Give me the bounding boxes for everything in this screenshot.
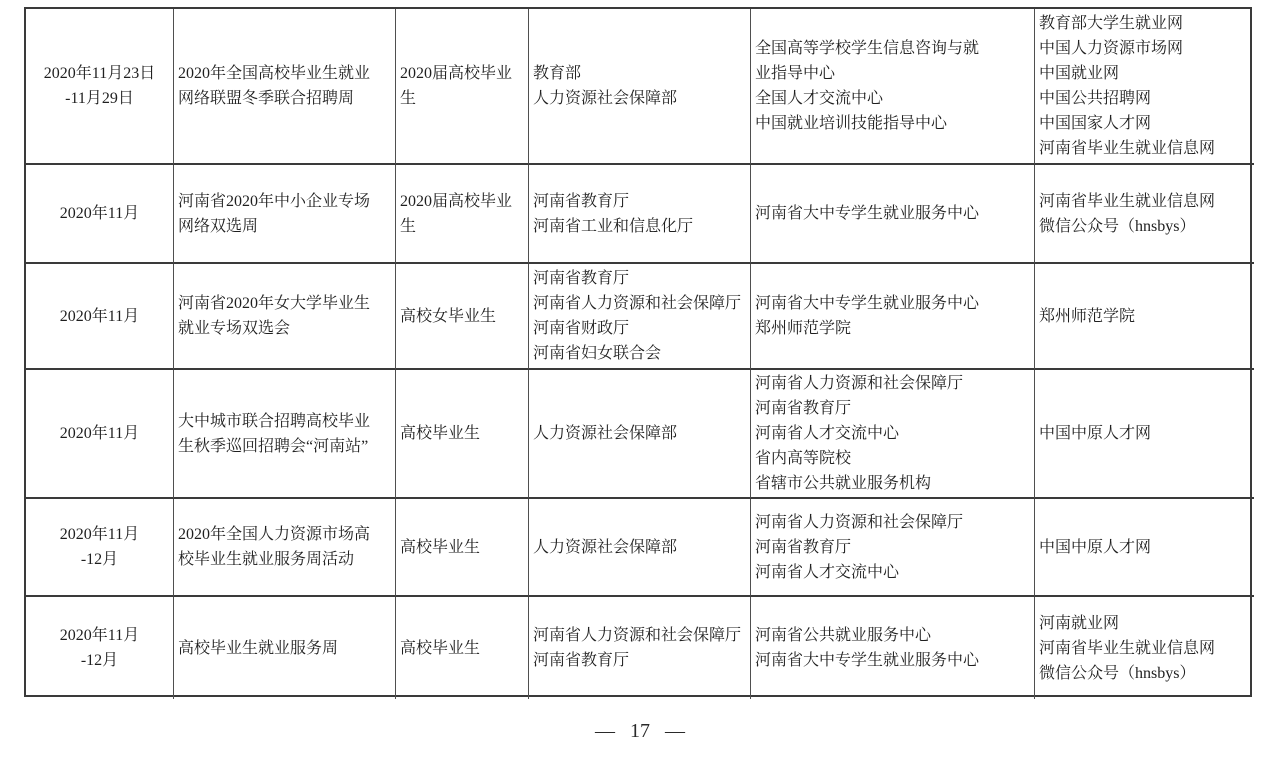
cell-participants: 高校毕业生 bbox=[396, 370, 529, 499]
cell-organizers: 人力资源社会保障部 bbox=[529, 499, 751, 597]
cell-undertakers: 河南省大中专学生就业服务中心 bbox=[751, 165, 1035, 264]
cell-activity: 大中城市联合招聘高校毕业 生秋季巡回招聘会“河南站” bbox=[174, 370, 396, 499]
cell-organizers: 河南省教育厅 河南省人力资源和社会保障厅 河南省财政厅 河南省妇女联合会 bbox=[529, 264, 751, 370]
cell-participants: 2020届高校毕业 生 bbox=[396, 9, 529, 165]
cell-undertakers: 河南省大中专学生就业服务中心 郑州师范学院 bbox=[751, 264, 1035, 370]
events-table: 2020年11月23日 -11月29日 2020年全国高校毕业生就业 网络联盟冬… bbox=[24, 7, 1252, 697]
document-page: 2020年11月23日 -11月29日 2020年全国高校毕业生就业 网络联盟冬… bbox=[0, 0, 1280, 758]
cell-activity: 河南省2020年女大学毕业生 就业专场双选会 bbox=[174, 264, 396, 370]
cell-activity: 2020年全国高校毕业生就业 网络联盟冬季联合招聘周 bbox=[174, 9, 396, 165]
page-number: — 17 — bbox=[0, 716, 1280, 746]
cell-participants: 高校毕业生 bbox=[396, 499, 529, 597]
cell-organizers: 河南省人力资源和社会保障厅 河南省教育厅 bbox=[529, 597, 751, 699]
cell-activity: 河南省2020年中小企业专场 网络双选周 bbox=[174, 165, 396, 264]
cell-organizers: 河南省教育厅 河南省工业和信息化厅 bbox=[529, 165, 751, 264]
cell-platforms: 中国中原人才网 bbox=[1035, 499, 1254, 597]
cell-date: 2020年11月 bbox=[26, 165, 174, 264]
cell-participants: 2020届高校毕业 生 bbox=[396, 165, 529, 264]
cell-date: 2020年11月 bbox=[26, 264, 174, 370]
cell-date: 2020年11月23日 -11月29日 bbox=[26, 9, 174, 165]
cell-platforms: 教育部大学生就业网 中国人力资源市场网 中国就业网 中国公共招聘网 中国国家人才… bbox=[1035, 9, 1254, 165]
cell-participants: 高校女毕业生 bbox=[396, 264, 529, 370]
cell-participants: 高校毕业生 bbox=[396, 597, 529, 699]
cell-platforms: 河南就业网 河南省毕业生就业信息网 微信公众号（hnsbys） bbox=[1035, 597, 1254, 699]
cell-undertakers: 河南省人力资源和社会保障厅 河南省教育厅 河南省人才交流中心 省内高等院校 省辖… bbox=[751, 370, 1035, 499]
cell-platforms: 中国中原人才网 bbox=[1035, 370, 1254, 499]
cell-date: 2020年11月 -12月 bbox=[26, 597, 174, 699]
cell-platforms: 郑州师范学院 bbox=[1035, 264, 1254, 370]
cell-date: 2020年11月 bbox=[26, 370, 174, 499]
cell-date: 2020年11月 -12月 bbox=[26, 499, 174, 597]
cell-platforms: 河南省毕业生就业信息网 微信公众号（hnsbys） bbox=[1035, 165, 1254, 264]
cell-undertakers: 河南省人力资源和社会保障厅 河南省教育厅 河南省人才交流中心 bbox=[751, 499, 1035, 597]
cell-organizers: 教育部 人力资源社会保障部 bbox=[529, 9, 751, 165]
cell-undertakers: 河南省公共就业服务中心 河南省大中专学生就业服务中心 bbox=[751, 597, 1035, 699]
cell-activity: 高校毕业生就业服务周 bbox=[174, 597, 396, 699]
cell-organizers: 人力资源社会保障部 bbox=[529, 370, 751, 499]
cell-undertakers: 全国高等学校学生信息咨询与就 业指导中心 全国人才交流中心 中国就业培训技能指导… bbox=[751, 9, 1035, 165]
cell-activity: 2020年全国人力资源市场高 校毕业生就业服务周活动 bbox=[174, 499, 396, 597]
